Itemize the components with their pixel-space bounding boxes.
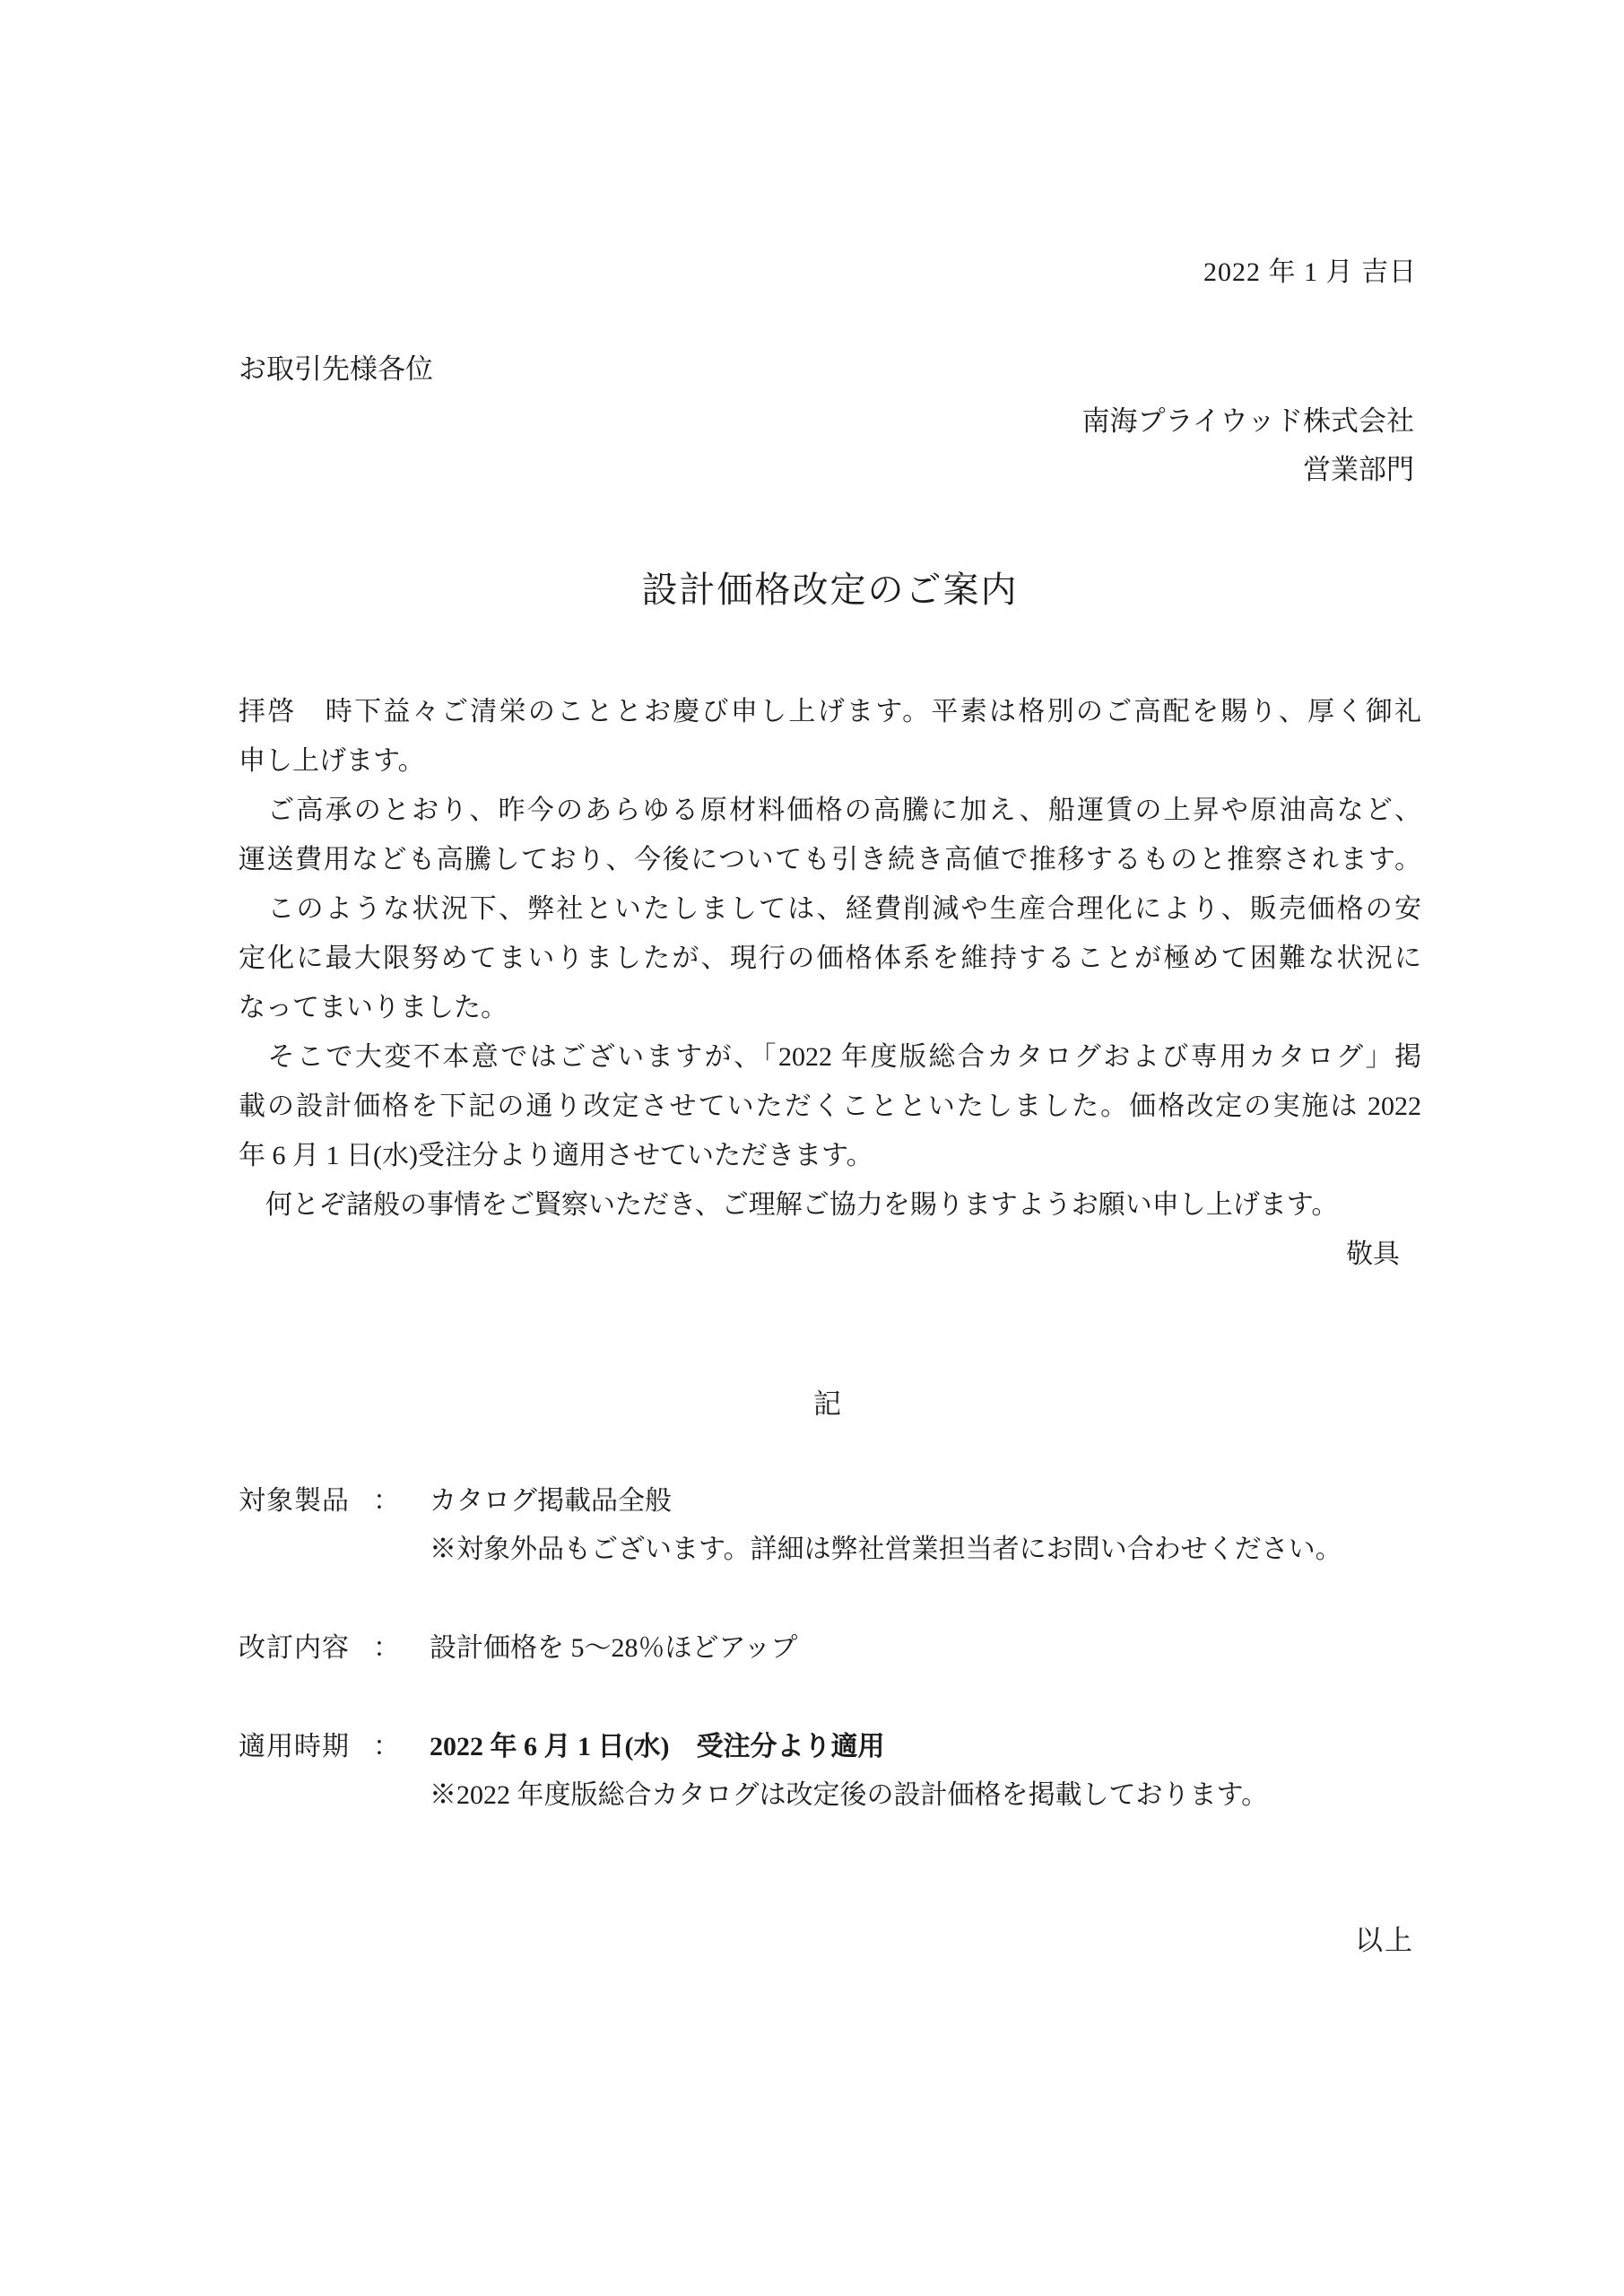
body-line: 何とぞ諸般の事情をご賢察いただき、ご理解ご協力を賜りますようお願い申し上げます。 xyxy=(239,1180,1421,1230)
recipient-line: お取引先様各位 xyxy=(239,346,433,387)
document-title: 設計価格改定のご案内 xyxy=(239,561,1421,613)
end-marker: 以上 xyxy=(1355,1918,1414,1958)
row-label: 適用時期 xyxy=(239,1724,350,1763)
body-line: 載の設計価格を下記の通り改定させていただくことといたしました。価格改定の実施は … xyxy=(239,1082,1421,1131)
body-line: 定化に最大限努めてまいりましたが、現行の価格体系を維持することが極めて困難な状況… xyxy=(239,934,1421,983)
row-colon: ： xyxy=(373,1724,400,1763)
row-value: 設計価格を 5～28％ほどアップ xyxy=(430,1625,797,1665)
row-note: ※2022 年度版総合カタログは改定後の設計価格を掲載しております。 xyxy=(430,1772,1268,1812)
body-line: 運送費用なども高騰しており、今後についても引き続き高値で推移するものと推察されま… xyxy=(239,835,1421,884)
body-line: このような状況下、弊社といたしましては、経費削減や生産合理化により、販売価格の安 xyxy=(239,884,1421,934)
row-label: 対象製品 xyxy=(239,1478,350,1518)
body-line: 申し上げます。 xyxy=(239,736,1421,786)
company-name: 南海プライウッド株式会社 xyxy=(1082,398,1414,439)
record-row-products: 対象製品 ： カタログ掲載品全般 xyxy=(239,1478,672,1518)
body-line: ご高承のとおり、昨今のあらゆる原材料価格の高騰に加え、船運賃の上昇や原油高など、 xyxy=(239,786,1421,835)
record-row-revision: 改訂内容 ： 設計価格を 5～28％ほどアップ xyxy=(239,1625,797,1665)
body-line: そこで大変不本意ではございますが、「2022 年度版総合カタログおよび専用カタロ… xyxy=(239,1032,1421,1082)
closing-keigu: 敬具 xyxy=(239,1230,1421,1279)
body-line: なってまいりました。 xyxy=(239,983,1421,1032)
row-value: カタログ掲載品全般 xyxy=(430,1478,672,1518)
row-value: 2022 年 6 月 1 日(水) 受注分より適用 xyxy=(430,1724,884,1763)
body-line: 年 6 月 1 日(水)受注分より適用させていただきます。 xyxy=(239,1131,1421,1180)
letter-body: 拝啓 時下益々ご清栄のこととお慶び申し上げます。平素は格別のご高配を賜り、厚く御… xyxy=(239,687,1421,1279)
letter-date: 2022 年 1 月 吉日 xyxy=(1203,249,1417,289)
record-marker: 記 xyxy=(239,1381,1421,1422)
record-row-effective-date: 適用時期 ： 2022 年 6 月 1 日(水) 受注分より適用 xyxy=(239,1724,884,1763)
row-colon: ： xyxy=(373,1625,400,1665)
body-line: 拝啓 時下益々ご清栄のこととお慶び申し上げます。平素は格別のご高配を賜り、厚く御… xyxy=(239,687,1421,736)
letter-page: 2022 年 1 月 吉日 お取引先様各位 南海プライウッド株式会社 営業部門 … xyxy=(0,0,1624,2296)
row-note: ※対象外品もございます。詳細は弊社営業担当者にお問い合わせください。 xyxy=(430,1526,1342,1566)
department-name: 営業部門 xyxy=(1303,447,1414,487)
row-colon: ： xyxy=(373,1478,400,1518)
row-label: 改訂内容 xyxy=(239,1625,350,1665)
